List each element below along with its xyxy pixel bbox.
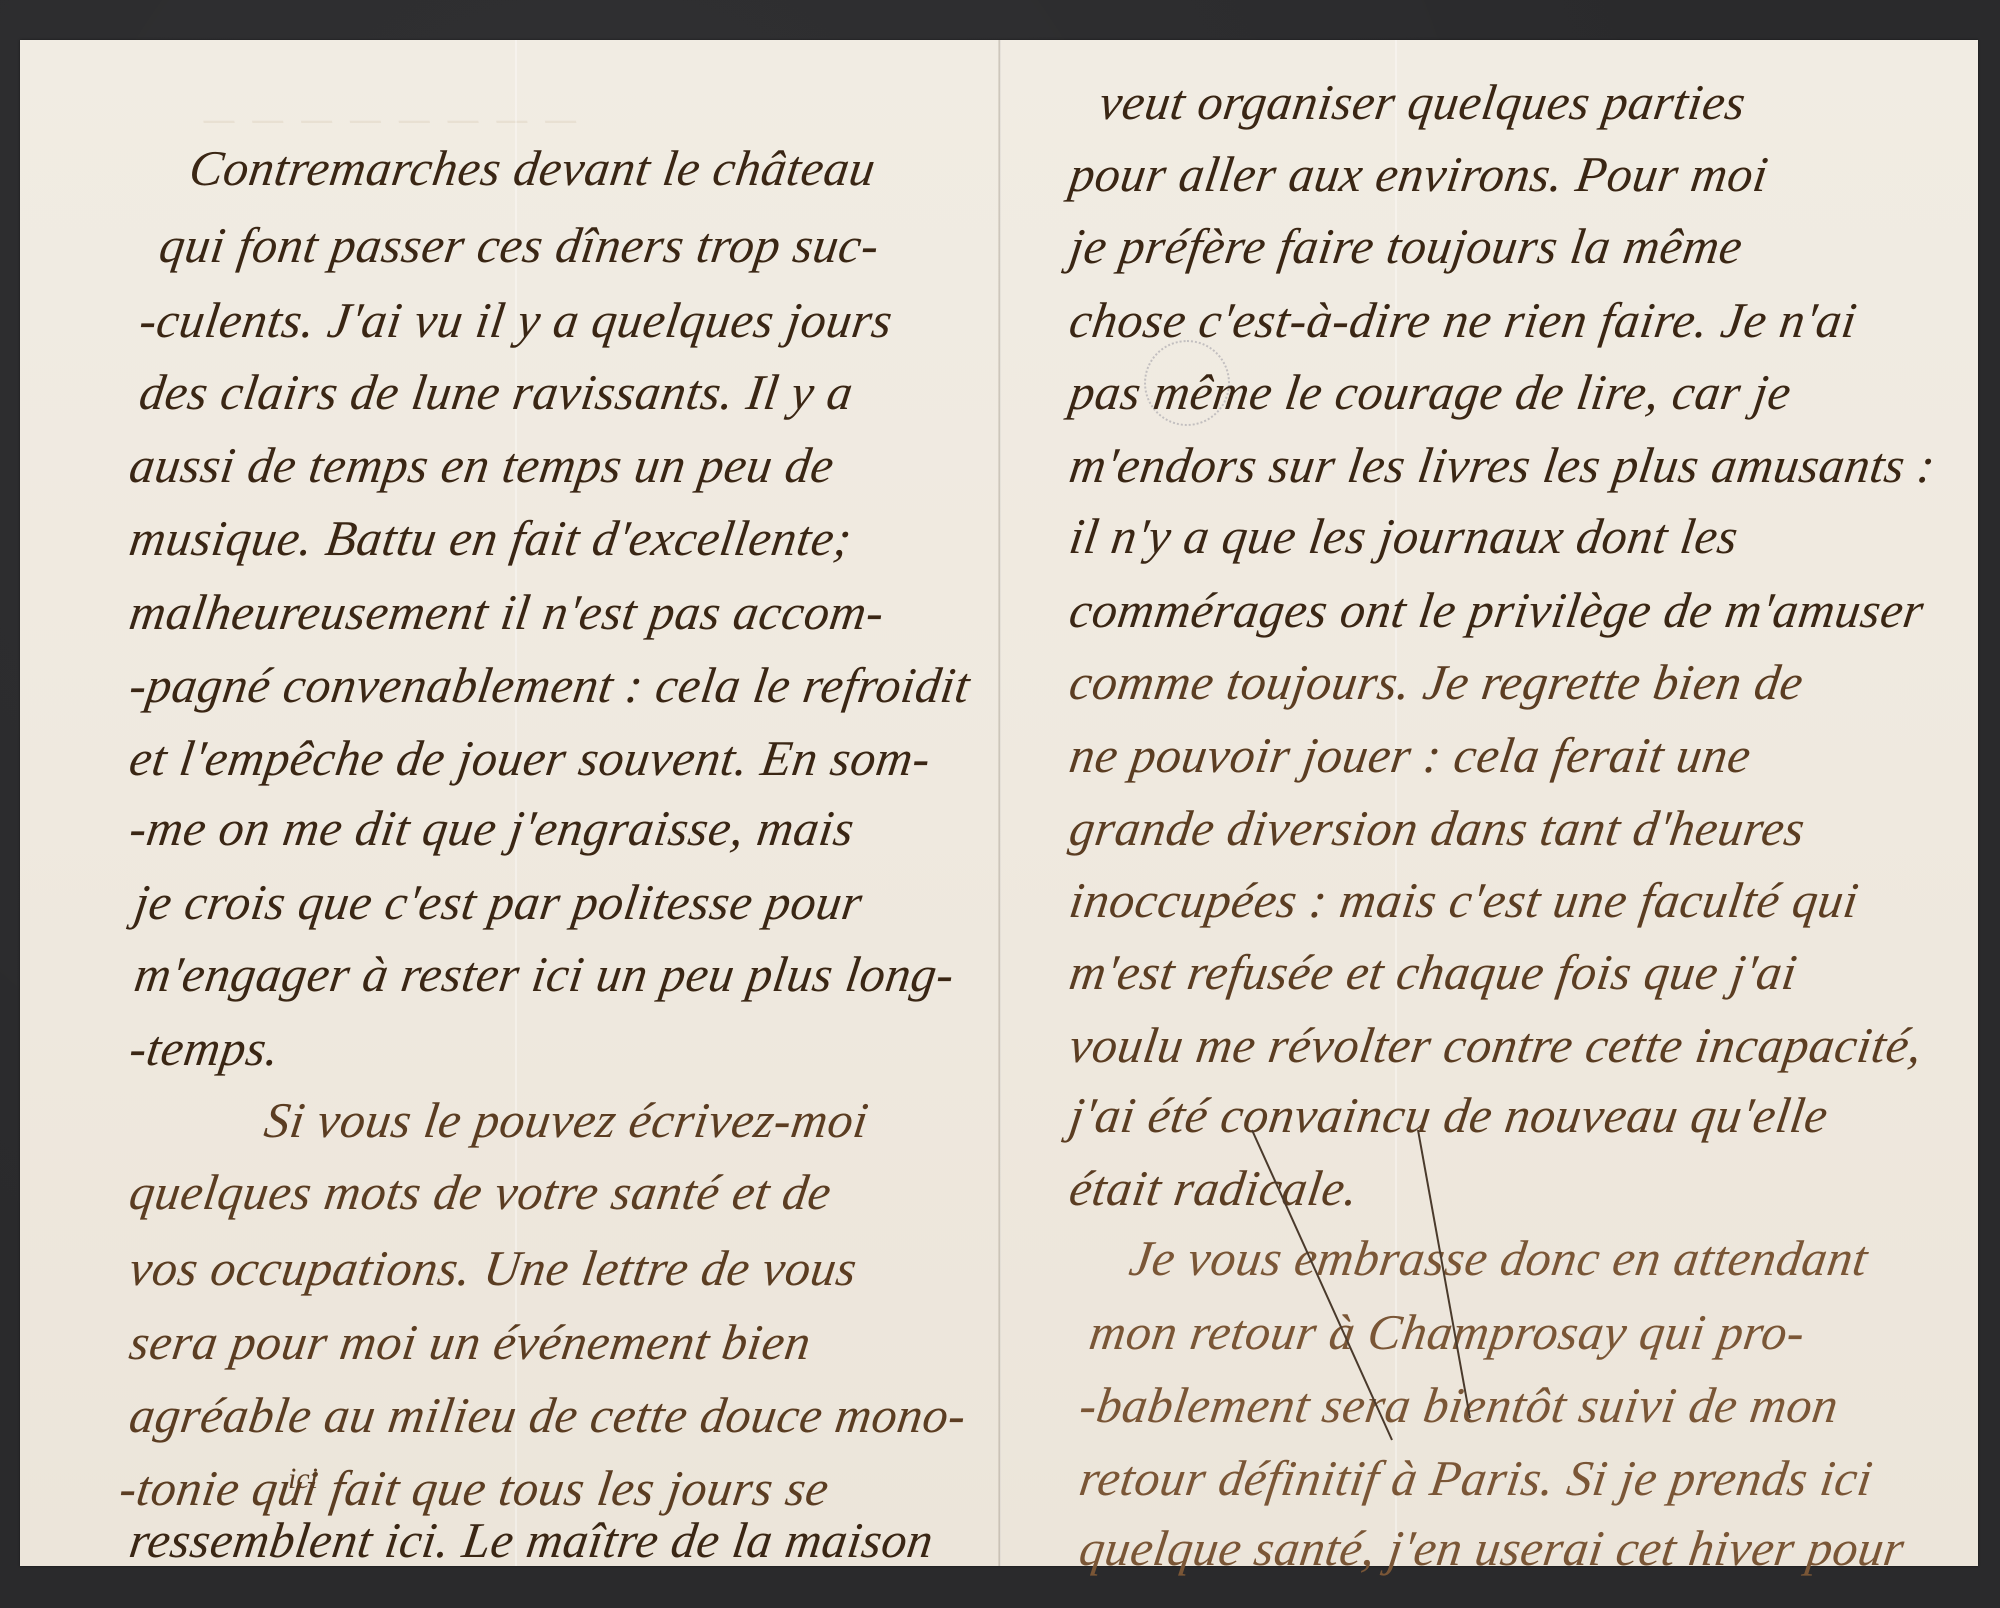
letter-line: je préfère faire toujours la même	[1066, 216, 1747, 276]
letter-line: veut organiser quelques parties	[1096, 72, 1750, 132]
letter-line: qui font passer ces dîners trop suc-	[156, 215, 883, 275]
letter-line: mon retour à Champrosay qui pro-	[1086, 1302, 1809, 1362]
library-stamp	[1144, 340, 1230, 426]
letter-line: m'endors sur les livres les plus amusant…	[1066, 435, 1939, 495]
letter-line: aussi de temps en temps un peu de	[126, 435, 838, 495]
letter-line: comme toujours. Je regrette bien de	[1066, 652, 1807, 712]
letter-line: -tonie qui fait que tous les jours se	[116, 1458, 833, 1518]
letter-line: m'engager à rester ici un peu plus long-	[131, 944, 958, 1004]
letter-line: ne pouvoir jouer : cela ferait une	[1066, 725, 1755, 785]
letter-line: -bablement sera bientôt suivi de mon	[1076, 1375, 1843, 1435]
letter-line: voulu me révolter contre cette incapacit…	[1066, 1015, 1927, 1075]
letter-line: je crois que c'est par politesse pour	[131, 872, 867, 932]
letter-line: malheureusement il n'est pas accom-	[126, 582, 888, 642]
letter-line: vos occupations. Une lettre de vous	[126, 1238, 861, 1298]
letter-line: m'est refusée et chaque fois que j'ai	[1066, 942, 1801, 1002]
letter-line: retour définitif à Paris. Si je prends i…	[1076, 1448, 1877, 1508]
letter-line: -me on me dit que j'engraisse, mais	[126, 798, 858, 858]
letter-line: quelques mots de votre santé et de	[126, 1162, 836, 1222]
bleed-through-text: — — — — — — — —	[200, 100, 578, 140]
letter-line: grande diversion dans tant d'heures	[1066, 798, 1809, 858]
letter-line: et l'empêche de jouer souvent. En som-	[126, 728, 935, 788]
left-page: — — — — — — — — Contremarches devant le …	[20, 40, 1000, 1566]
letter-line: musique. Battu en fait d'excellente;	[126, 508, 856, 568]
letter-line: des clairs de lune ravissants. Il y a	[136, 362, 857, 422]
letter-line: commérages ont le privilège de m'amuser	[1066, 580, 1928, 640]
letter-line: inoccupées : mais c'est une faculté qui	[1066, 870, 1863, 930]
letter-sheet: — — — — — — — — Contremarches devant le …	[20, 40, 1978, 1566]
letter-line: pour aller aux environs. Pour moi	[1066, 144, 1772, 204]
letter-line: Contremarches devant le château	[186, 138, 880, 198]
letter-line: -temps.	[126, 1018, 284, 1078]
letter-line: sera pour moi un événement bien	[126, 1312, 815, 1372]
letter-line: Si vous le pouvez écrivez-moi	[261, 1090, 873, 1150]
letter-line: était radicale.	[1066, 1158, 1362, 1218]
letter-line: j'ai été convaincu de nouveau qu'elle	[1066, 1085, 1832, 1145]
letter-line: -culents. J'ai vu il y a quelques jours	[136, 290, 897, 350]
letter-line: Je vous embrasse donc en attendant	[1126, 1228, 1872, 1288]
insertion-mark: ici	[288, 1462, 318, 1496]
letter-line: -pagné convenablement : cela le refroidi…	[126, 655, 974, 715]
letter-line: ressemblent ici. Le maître de la maison	[126, 1510, 938, 1570]
right-page: veut organiser quelques parties pour all…	[1000, 40, 1978, 1566]
letter-line: quelque santé, j'en userai cet hiver pou…	[1076, 1518, 1909, 1578]
letter-line: agréable au milieu de cette douce mono-	[126, 1385, 970, 1445]
letter-line: il n'y a que les journaux dont les	[1066, 506, 1742, 566]
